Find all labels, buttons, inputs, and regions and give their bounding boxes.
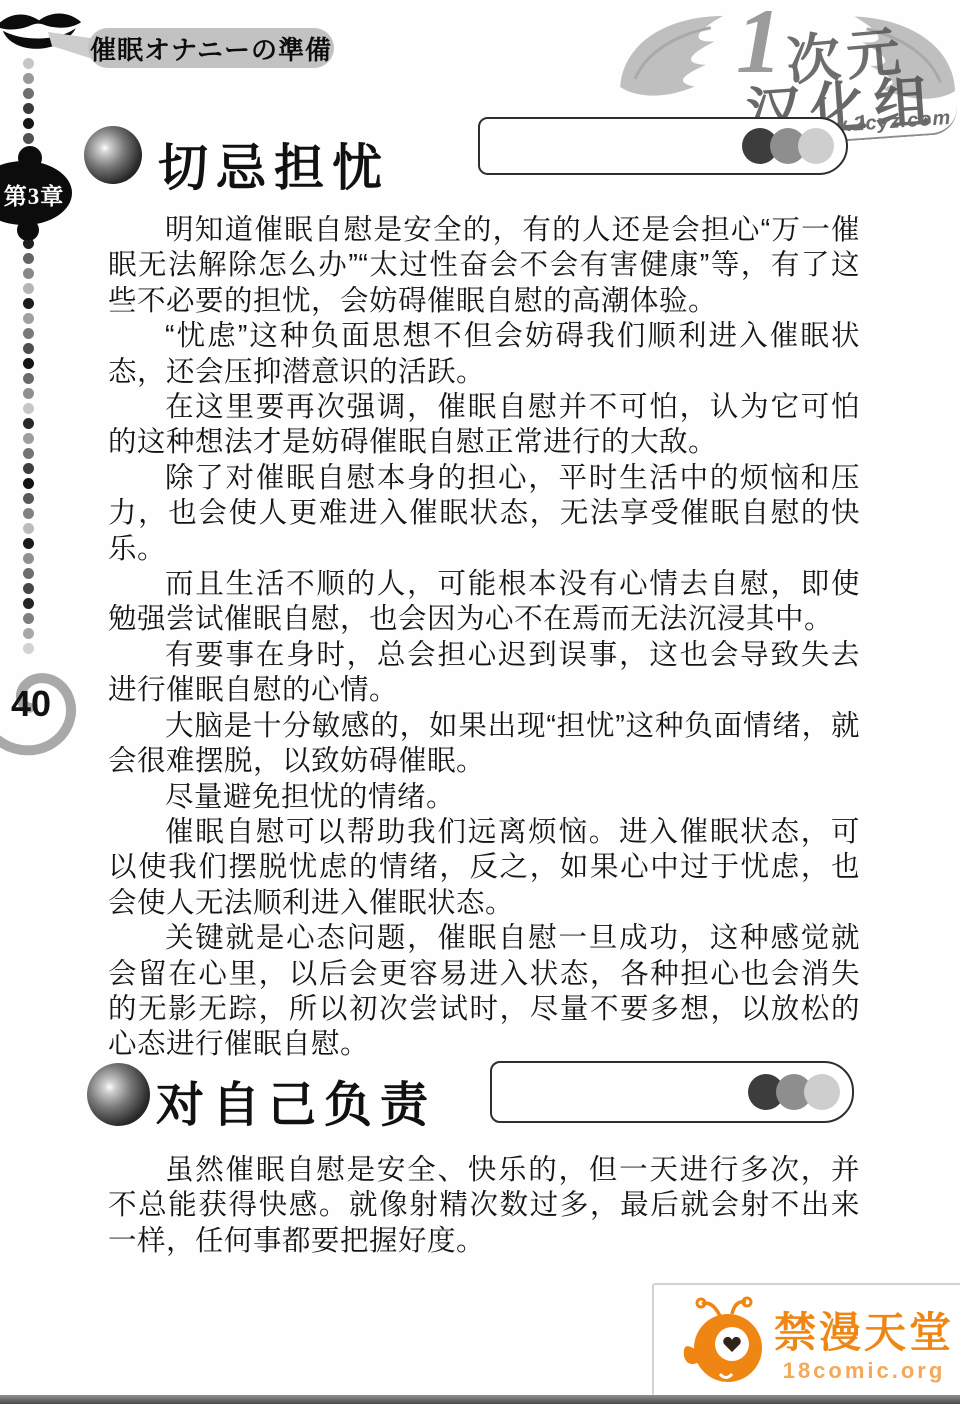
sidebar-dot — [23, 73, 34, 84]
capsule-dot — [798, 128, 834, 164]
sidebar-dot — [23, 253, 34, 264]
sidebar-dot — [23, 478, 34, 489]
section-title-2: 对自己负责 — [156, 1066, 436, 1135]
sidebar-dot — [23, 433, 34, 444]
sidebar-dot — [23, 283, 34, 294]
sphere-bullet-icon — [87, 1063, 150, 1126]
paragraph: 关键就是心态问题，催眠自慰一旦成功，这种感觉就会留在心里，以后会更容易进入状态，… — [108, 921, 860, 1063]
paragraph: 有要事在身时，总会担心迟到误事，这也会导致失去进行催眠自慰的心情。 — [108, 638, 860, 709]
capsule-dot — [804, 1074, 840, 1110]
sidebar-dot — [23, 598, 34, 609]
sidebar-dot — [23, 538, 34, 549]
sidebar-dot — [23, 133, 34, 144]
sidebar-dot — [23, 388, 34, 399]
sidebar-dot — [23, 523, 34, 534]
sidebar-dot — [23, 403, 34, 414]
section-body-1: 明知道催眠自慰是安全的，有的人还是会担心“万一催眠无法解除怎么办”“太过性奋会不… — [108, 213, 860, 1063]
sidebar-dot — [23, 418, 34, 429]
footer-logo-name: 禁漫天堂 — [774, 1300, 954, 1360]
paragraph: 虽然催眠自慰是安全、快乐的，但一天进行多次，并不总能获得快感。就像射精次数过多，… — [108, 1153, 860, 1259]
wing-icon — [611, 3, 755, 130]
watermark-text-1: 次元 — [783, 9, 909, 96]
sidebar-dot — [23, 493, 34, 504]
paragraph: 除了对催眠自慰本身的担心，平时生活中的烦恼和压力，也会使人更难进入催眠状态，无法… — [108, 461, 860, 567]
sidebar-dot — [23, 448, 34, 459]
paragraph: 尽量避免担忧的情绪。 — [108, 780, 860, 815]
heading-capsule-2 — [490, 1061, 854, 1123]
scanned-book-page: 第3章 40 催眠オナニーの準備 1 次元 汉化组 www.2cyz.com 切… — [0, 0, 960, 1404]
sidebar-dot — [23, 373, 34, 384]
section-body-2: 虽然催眠自慰是安全、快乐的，但一天进行多次，并不总能获得快感。就像射精次数过多，… — [108, 1153, 860, 1259]
section-title-1: 切忌担忧 — [158, 128, 390, 200]
paragraph: 催眠自慰可以帮助我们远离烦恼。进入催眠状态，可以使我们摆脱忧虑的情绪，反之，如果… — [108, 815, 860, 921]
sidebar-dot — [23, 613, 34, 624]
sidebar-dot — [23, 463, 34, 474]
sidebar-dot — [23, 553, 34, 564]
sidebar-dot — [23, 583, 34, 594]
sidebar-dot — [23, 88, 34, 99]
sphere-bullet-icon — [84, 126, 142, 184]
page-number: 40 — [0, 683, 62, 725]
heading-capsule-1 — [478, 117, 848, 175]
sidebar-dot — [23, 103, 34, 114]
capsule-dots — [756, 1074, 840, 1110]
sidebar-dot — [23, 628, 34, 639]
chapter-tab: 第3章 — [0, 178, 68, 211]
page-bottom-edge — [0, 1395, 960, 1404]
paragraph: “忧虑”这种负面思想不但会妨碍我们顺利进入催眠状态，还会压抑潜意识的活跃。 — [108, 319, 860, 390]
wing-icon — [819, 4, 960, 135]
sidebar-dot — [23, 328, 34, 339]
sidebar-dot — [23, 268, 34, 279]
paragraph: 而且生活不顺的人，可能根本没有心情去自慰，即使勉强尝试催眠自慰，也会因为心不在焉… — [108, 567, 860, 638]
footer-logo-box: 禁漫天堂 18comic.org — [652, 1283, 960, 1401]
sidebar-dot — [23, 313, 34, 324]
sidebar-dot — [23, 298, 34, 309]
capsule-dots — [750, 128, 834, 164]
sidebar-dot — [23, 358, 34, 369]
sidebar-dot — [23, 508, 34, 519]
paragraph: 在这里要再次强调，催眠自慰并不可怕，认为它可怕的这种想法才是妨碍催眠自慰正常进行… — [108, 390, 860, 461]
sidebar-dot — [23, 568, 34, 579]
sidebar-dot — [23, 118, 34, 129]
whale-mascot-icon — [680, 1294, 772, 1390]
header-badge: 催眠オナニーの準備 — [88, 28, 334, 68]
paragraph: 明知道催眠自慰是安全的，有的人还是会担心“万一催眠无法解除怎么办”“太过性奋会不… — [108, 213, 860, 319]
paragraph: 大脑是十分敏感的，如果出现“担忧”这种负面情绪，就会很难摆脱，以致妨碍催眠。 — [108, 709, 860, 780]
footer-logo-url: 18comic.org — [783, 1358, 946, 1384]
watermark-numeral: 1 — [736, 0, 782, 94]
sidebar-dot — [23, 343, 34, 354]
